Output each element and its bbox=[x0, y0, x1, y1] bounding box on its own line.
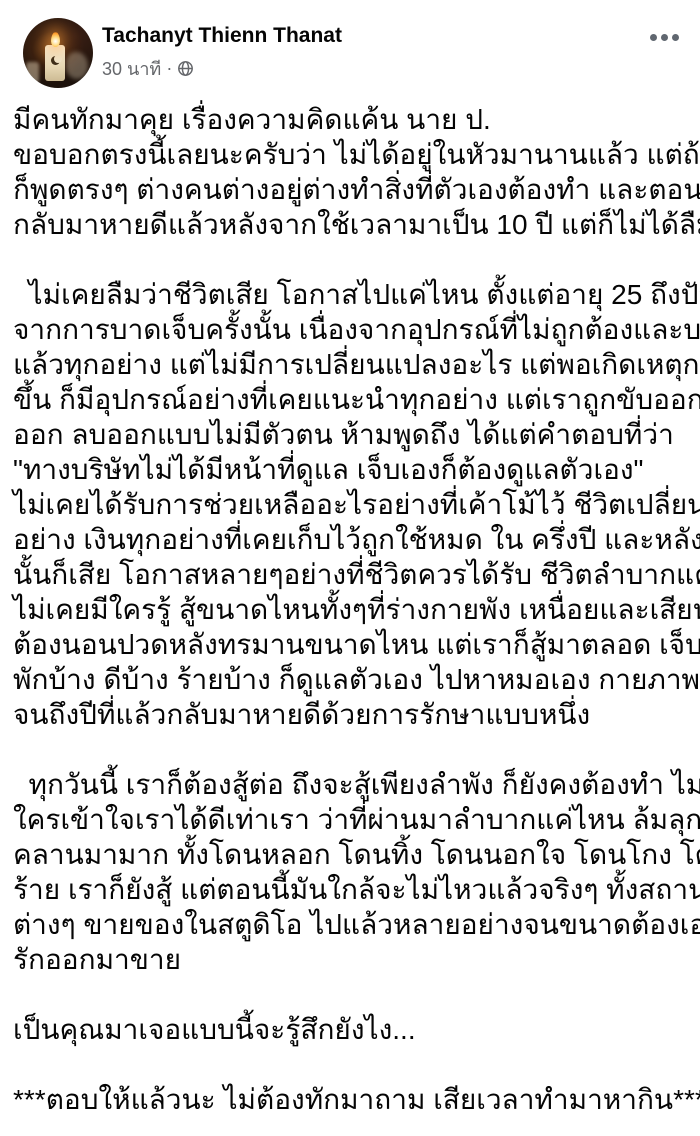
post-text-line: ร้าย เราก็ยังสู้ แต่ตอนนี้มันใกล้จะไม่ไห… bbox=[13, 872, 694, 907]
more-options-icon bbox=[650, 34, 657, 41]
post-paragraph: เป็นคุณมาเจอแบบนี้จะรู้สึกยังไง... bbox=[13, 1012, 694, 1047]
post-text-line: "ทางบริษัทไม่ได้มีหน้าที่ดูแล เจ็บเองก็ต… bbox=[13, 452, 694, 487]
post-text-line: ไม่เคยลืมว่าชีวิตเสีย โอกาสไปแค่ไหน ตั้ง… bbox=[13, 277, 694, 312]
post-text-line: ออก ลบออกแบบไม่มีตัวตน ห้ามพูดถึง ได้แต่… bbox=[13, 417, 694, 452]
post-text-line: นั้นก็เสีย โอกาสหลายๆอย่างที่ชีวิตควรได้… bbox=[13, 557, 694, 592]
post-text-line: ทุกวันนี้ เราก็ต้องสู้ต่อ ถึงจะสู้เพียงล… bbox=[13, 767, 694, 802]
globe-icon bbox=[177, 60, 194, 77]
post-text: มีคนทักมาคุย เรื่องความคิดแค้น นาย ป.ขอบ… bbox=[0, 96, 700, 1127]
post-text-line: ไม่เคยได้รับการช่วยเหลืออะไรอย่างที่เค้า… bbox=[13, 487, 694, 522]
post-text-line: เป็นคุณมาเจอแบบนี้จะรู้สึกยังไง... bbox=[13, 1012, 694, 1047]
post-text-line: แล้วทุกอย่าง แต่ไม่มีการเปลี่ยนแปลงอะไร … bbox=[13, 347, 694, 382]
post-text-line: ไม่เคยมีใครรู้ สู้ขนาดไหนทั้งๆที่ร่างกาย… bbox=[13, 592, 694, 627]
post-text-line: ***ตอบให้แล้วนะ ไม่ต้องทักมาถาม เสียเวลา… bbox=[13, 1082, 694, 1117]
post-text-line: รักออกมาขาย bbox=[13, 942, 694, 977]
facebook-post: Tachanyt Thienn Thanat 30 นาที · มีคนทัก… bbox=[0, 0, 700, 1127]
post-text-line: กลับมาหายดีแล้วหลังจากใช้เวลามาเป็น 10 ป… bbox=[13, 207, 694, 242]
avatar-background-candle-glow bbox=[66, 52, 88, 79]
post-text-line: ก็พูดตรงๆ ต่างคนต่างอยู่ต่างทำสิ่งที่ตัว… bbox=[13, 172, 694, 207]
post-text-line: อย่าง เงินทุกอย่างที่เคยเก็บไว้ถูกใช้หมด… bbox=[13, 522, 694, 557]
avatar-background-candle bbox=[26, 62, 39, 83]
post-text-line: ใครเข้าใจเราได้ดีเท่าเรา ว่าที่ผ่านมาลำบ… bbox=[13, 802, 694, 837]
post-paragraph: มีคนทักมาคุย เรื่องความคิดแค้น นาย ป.ขอบ… bbox=[13, 102, 694, 242]
moon-logo bbox=[51, 56, 60, 65]
author-name[interactable]: Tachanyt Thienn Thanat bbox=[102, 23, 342, 49]
post-text-line: ขึ้น ก็มีอุปกรณ์อย่างที่เคยแนะนำทุกอย่าง… bbox=[13, 382, 694, 417]
candle-image bbox=[45, 45, 65, 81]
more-options-button[interactable] bbox=[646, 30, 683, 45]
post-paragraph: ทุกวันนี้ เราก็ต้องสู้ต่อ ถึงจะสู้เพียงล… bbox=[13, 767, 694, 977]
post-paragraph: ***ตอบให้แล้วนะ ไม่ต้องทักมาถาม เสียเวลา… bbox=[13, 1082, 694, 1117]
more-options-icon bbox=[672, 34, 679, 41]
header-text: Tachanyt Thienn Thanat 30 นาที · bbox=[102, 18, 342, 83]
post-text-line: พักบ้าง ดีบ้าง ร้ายบ้าง ก็ดูแลตัวเอง ไปห… bbox=[13, 662, 694, 697]
more-options-icon bbox=[661, 34, 668, 41]
post-text-line: ขอบอกตรงนี้เลยนะครับว่า ไม่ได้อยู่ในหัวม… bbox=[13, 137, 694, 172]
avatar[interactable] bbox=[23, 18, 93, 88]
post-header: Tachanyt Thienn Thanat 30 นาที · bbox=[0, 0, 700, 96]
post-text-line: จากการบาดเจ็บครั้งนั้น เนื่องจากอุปกรณ์ท… bbox=[13, 312, 694, 347]
post-timestamp[interactable]: 30 นาที bbox=[102, 54, 161, 83]
post-text-line: คลานมามาก ทั้งโดนหลอก โดนทิ้ง โดนนอกใจ โ… bbox=[13, 837, 694, 872]
post-paragraph: ไม่เคยลืมว่าชีวิตเสีย โอกาสไปแค่ไหน ตั้ง… bbox=[13, 277, 694, 732]
candle-flame bbox=[51, 32, 60, 47]
post-meta[interactable]: 30 นาที · bbox=[102, 54, 342, 83]
post-text-line: จนถึงปีที่แล้วกลับมาหายดีด้วยการรักษาแบบ… bbox=[13, 697, 694, 732]
post-text-line: มีคนทักมาคุย เรื่องความคิดแค้น นาย ป. bbox=[13, 102, 694, 137]
meta-separator: · bbox=[166, 58, 172, 79]
post-text-line: ต้องนอนปวดหลังทรมานขนาดไหน แต่เราก็สู้มา… bbox=[13, 627, 694, 662]
post-text-line: ต่างๆ ขายของในสตูดิโอ ไปแล้วหลายอย่างจนข… bbox=[13, 907, 694, 942]
